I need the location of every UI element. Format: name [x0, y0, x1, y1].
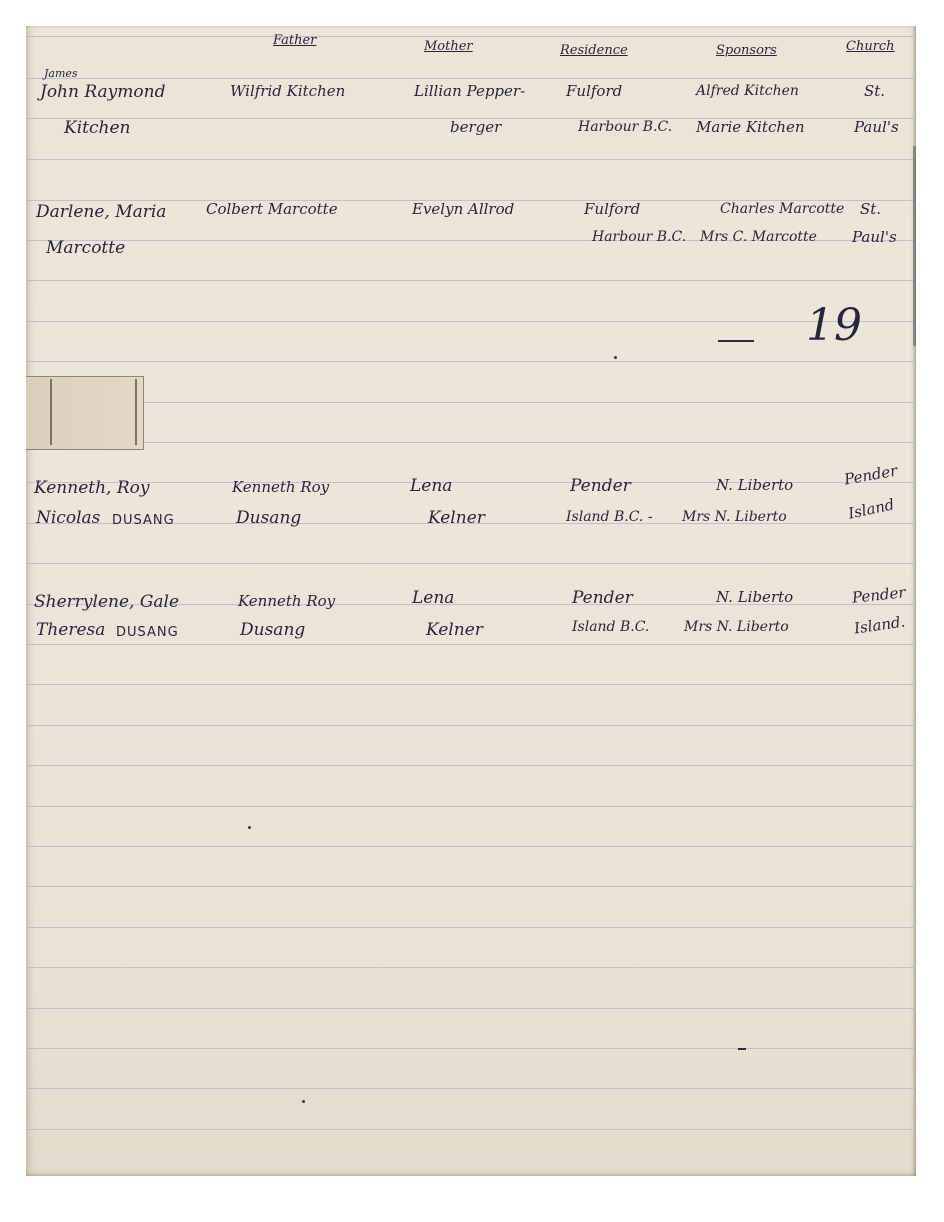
name-annotation: James — [44, 68, 78, 79]
father-name: Colbert Marcotte — [206, 202, 338, 217]
residence: Fulford — [584, 202, 640, 217]
residence: Pender — [572, 590, 633, 607]
child-given-name: Nicolas — [36, 510, 100, 527]
mother-name: Lena — [410, 478, 452, 495]
church: St. — [860, 202, 881, 217]
mother-name: Lena — [412, 590, 454, 607]
residence-cont: Island B.C. - — [566, 510, 653, 524]
ruled-line — [26, 886, 916, 887]
ruled-line — [26, 1088, 916, 1089]
ruled-line — [26, 442, 916, 443]
ruled-line — [26, 280, 916, 281]
ruled-line — [26, 1048, 916, 1049]
child-given-name: Theresa — [36, 622, 105, 639]
ruled-line — [26, 846, 916, 847]
page-number-dash — [718, 340, 754, 342]
pasted-paper-flap — [26, 376, 144, 450]
ink-spot — [614, 356, 617, 359]
residence-cont: Island B.C. — [572, 620, 649, 634]
header-father: Father — [273, 34, 316, 47]
ruled-line — [26, 1129, 916, 1130]
ruled-line — [26, 159, 916, 160]
page-edge-shadow — [913, 146, 916, 346]
sponsor-2: Marie Kitchen — [696, 120, 805, 135]
church: St. — [864, 84, 885, 99]
ruled-line — [26, 361, 916, 362]
child-surname: Kitchen — [64, 120, 130, 137]
flap-fold — [50, 379, 137, 445]
child-surname: Marcotte — [46, 240, 125, 257]
residence: Fulford — [566, 84, 622, 99]
ink-spot — [302, 1100, 305, 1103]
ruled-line — [26, 644, 916, 645]
header-mother: Mother — [424, 40, 473, 53]
ruled-line — [26, 402, 916, 403]
ruled-line — [26, 684, 916, 685]
mother-name-cont: Kelner — [428, 510, 485, 527]
church-cont: Island — [847, 497, 896, 521]
residence-cont: Harbour B.C. — [592, 230, 686, 244]
ruled-line — [26, 78, 916, 79]
church-cont: Paul's — [854, 120, 899, 135]
header-church: Church — [846, 40, 895, 53]
sponsor-2: Mrs N. Liberto — [684, 620, 789, 634]
mother-name: Lillian Pepper- — [414, 84, 525, 99]
child-surname: DUSANG — [112, 514, 175, 527]
ruled-line — [26, 765, 916, 766]
ink-spot — [248, 826, 251, 829]
church-cont: Island. — [853, 614, 906, 636]
child-name: Sherrylene, Gale — [34, 594, 179, 611]
residence-cont: Harbour B.C. — [578, 120, 672, 134]
father-name: Wilfrid Kitchen — [230, 84, 345, 99]
sponsor-1: N. Liberto — [716, 590, 793, 605]
header-residence: Residence — [560, 44, 628, 57]
child-surname: DUSANG — [116, 626, 179, 639]
child-name: John Raymond — [40, 84, 165, 101]
father-name: Kenneth Roy — [238, 594, 335, 609]
header-sponsors: Sponsors — [716, 44, 777, 57]
mother-name: Evelyn Allrod — [412, 202, 514, 217]
ruled-line — [26, 927, 916, 928]
ruled-line — [26, 321, 916, 322]
child-name: Kenneth, Roy — [34, 480, 150, 497]
ruled-line — [26, 725, 916, 726]
church: Pender — [843, 463, 898, 487]
child-name: Darlene, Maria — [36, 204, 166, 221]
church: Pender — [851, 585, 906, 606]
ruled-line — [26, 36, 916, 37]
sponsor-1: Charles Marcotte — [720, 202, 844, 216]
ruled-line — [26, 967, 916, 968]
mother-name-cont: Kelner — [426, 622, 483, 639]
sponsor-2: Mrs C. Marcotte — [700, 230, 817, 244]
page-number: 19 — [806, 304, 862, 348]
sponsor-1: Alfred Kitchen — [696, 84, 799, 98]
sponsor-2: Mrs N. Liberto — [682, 510, 787, 524]
sponsor-1: N. Liberto — [716, 478, 793, 493]
father-name: Kenneth Roy — [232, 480, 329, 495]
stray-pen-mark — [738, 1048, 746, 1050]
ruled-line — [26, 563, 916, 564]
register-page: Father Mother Residence Sponsors Church … — [26, 26, 916, 1176]
residence: Pender — [570, 478, 631, 495]
father-name-cont: Dusang — [236, 510, 301, 527]
mother-name-cont: berger — [450, 120, 501, 135]
church-cont: Paul's — [852, 230, 897, 245]
father-name-cont: Dusang — [240, 622, 305, 639]
ruled-line — [26, 806, 916, 807]
ruled-line — [26, 1008, 916, 1009]
